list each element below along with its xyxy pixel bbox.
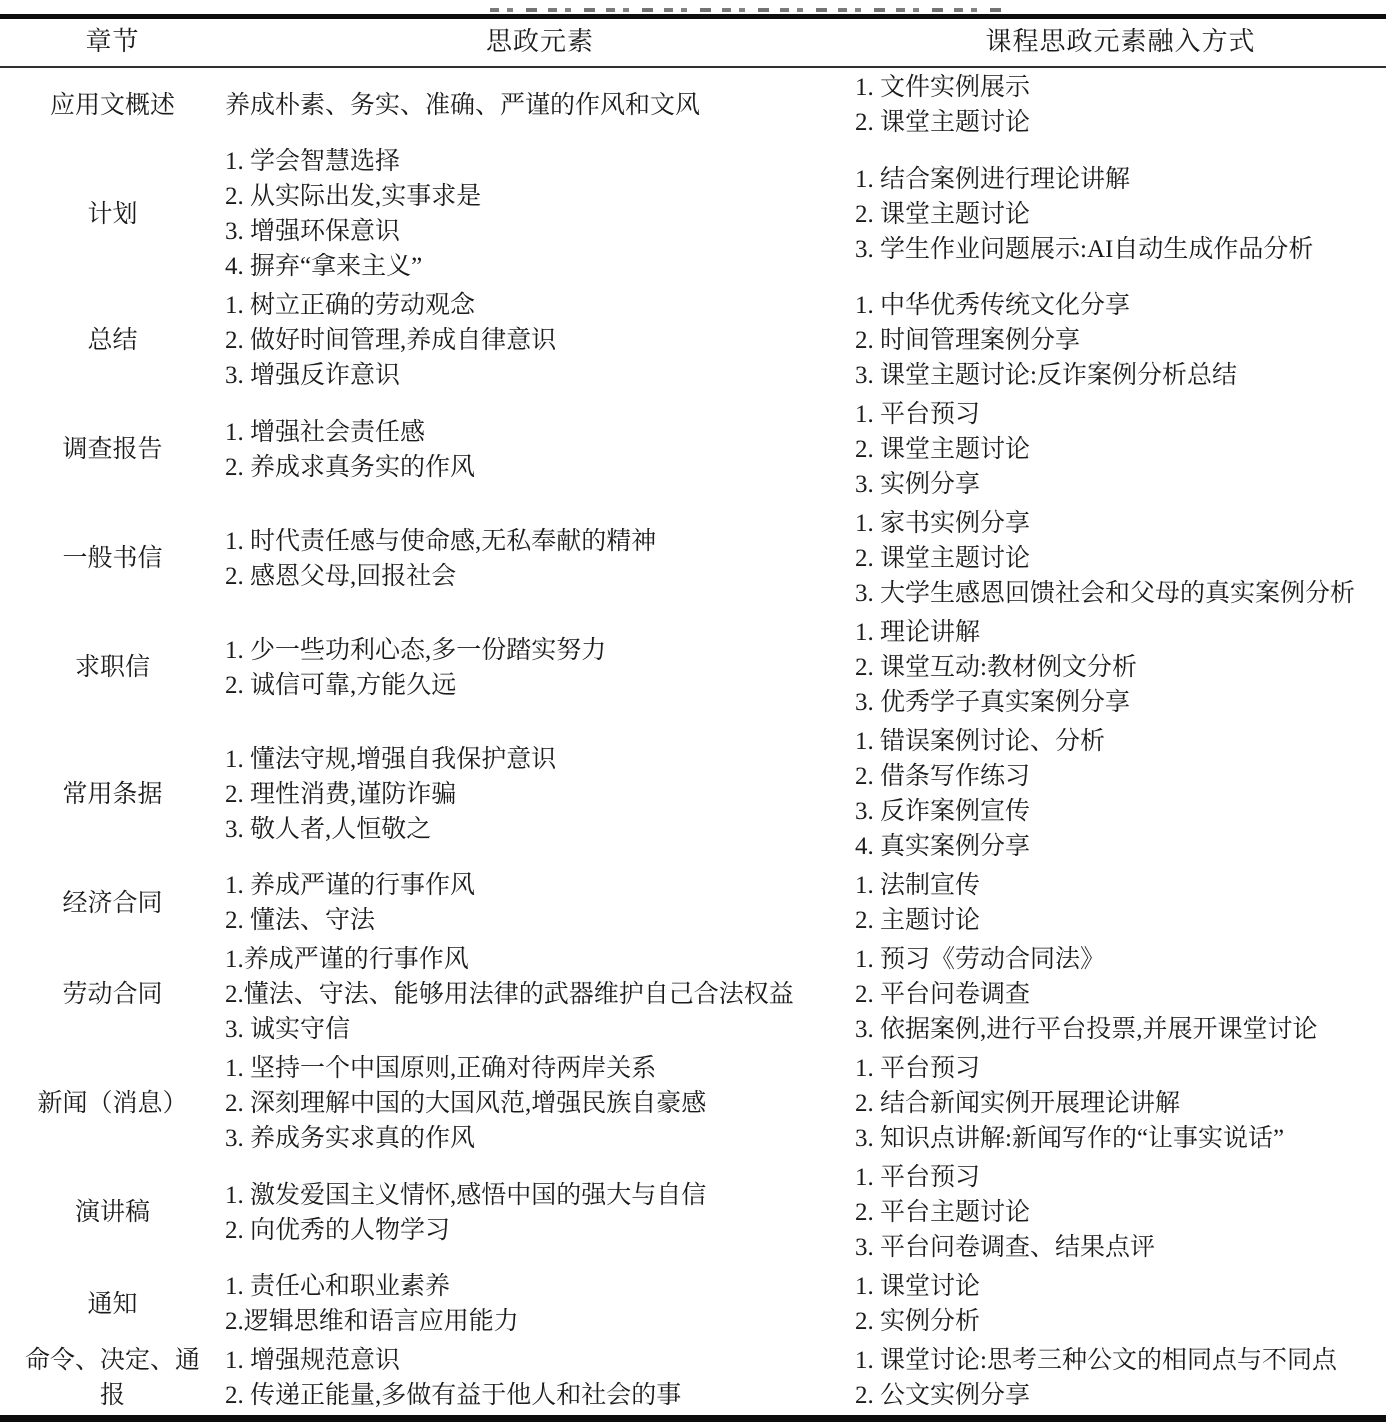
methods-list: 1. 文件实例展示2. 课堂主题讨论: [855, 70, 1386, 140]
elements-cell: 1. 激发爱国主义情怀,感悟中国的强大与自信2. 向优秀的人物学习: [225, 1178, 855, 1248]
elements-cell: 1. 责任心和职业素养2.逻辑思维和语言应用能力: [225, 1269, 855, 1339]
chapter-cell: 新闻（消息）: [0, 1086, 225, 1121]
methods-cell: 1. 法制宣传2. 主题讨论: [855, 868, 1386, 938]
chapter-label: 求职信: [75, 650, 150, 685]
methods-cell: 1. 平台预习2. 结合新闻实例开展理论讲解3. 知识点讲解:新闻写作的“让事实…: [855, 1051, 1386, 1156]
elements-list: 1. 坚持一个中国原则,正确对待两岸关系2. 深刻理解中国的大国风范,增强民族自…: [225, 1051, 855, 1156]
list-item: 1. 预习《劳动合同法》: [855, 942, 1386, 977]
chapter-label: 演讲稿: [75, 1195, 150, 1230]
elements-cell: 1. 树立正确的劳动观念2. 做好时间管理,养成自律意识3. 增强反诈意识: [225, 288, 855, 393]
list-item: 2. 借条写作练习: [855, 759, 1386, 794]
methods-cell: 1. 结合案例进行理论讲解2. 课堂主题讨论3. 学生作业问题展示:AI自动生成…: [855, 162, 1386, 267]
methods-list: 1. 错误案例讨论、分析2. 借条写作练习3. 反诈案例宣传4. 真实案例分享: [855, 724, 1386, 864]
list-item: 1.养成严谨的行事作风: [225, 942, 855, 977]
list-item: 4. 真实案例分享: [855, 829, 1386, 864]
list-item: 2. 做好时间管理,养成自律意识: [225, 323, 855, 358]
list-item: 2. 从实际出发,实事求是: [225, 179, 855, 214]
elements-cell: 养成朴素、务实、准确、严谨的作风和文风: [225, 88, 855, 123]
list-item: 1. 懂法守规,增强自我保护意识: [225, 742, 855, 777]
list-item: 3. 实例分享: [855, 467, 1386, 502]
chapter-cell: 劳动合同: [0, 977, 225, 1012]
elements-list: 1. 激发爱国主义情怀,感悟中国的强大与自信2. 向优秀的人物学习: [225, 1178, 855, 1248]
cropped-caption-strokes: [490, 8, 1010, 12]
list-item: 2.逻辑思维和语言应用能力: [225, 1304, 855, 1339]
list-item: 2. 理性消费,谨防诈骗: [225, 777, 855, 812]
header-elements: 思政元素: [225, 27, 855, 57]
elements-cell: 1. 坚持一个中国原则,正确对待两岸关系2. 深刻理解中国的大国风范,增强民族自…: [225, 1051, 855, 1156]
table-row: 通知 1. 责任心和职业素养2.逻辑思维和语言应用能力 1. 课堂讨论2. 实例…: [0, 1267, 1386, 1341]
elements-cell: 1. 增强规范意识2. 传递正能量,多做有益于他人和社会的事: [225, 1343, 855, 1413]
header-methods: 课程思政元素融入方式: [855, 27, 1386, 57]
methods-list: 1. 结合案例进行理论讲解2. 课堂主题讨论3. 学生作业问题展示:AI自动生成…: [855, 162, 1386, 267]
table-row: 计划 1. 学会智慧选择2. 从实际出发,实事求是3. 增强环保意识4. 摒弃“…: [0, 142, 1386, 286]
list-item: 3. 敬人者,人恒敬之: [225, 812, 855, 847]
list-item: 1. 增强社会责任感: [225, 415, 855, 450]
list-item: 1. 时代责任感与使命感,无私奉献的精神: [225, 524, 855, 559]
table-row: 调查报告 1. 增强社会责任感2. 养成求真务实的作风 1. 平台预习2. 课堂…: [0, 395, 1386, 504]
list-item: 1. 平台预习: [855, 1051, 1386, 1086]
list-item: 2. 感恩父母,回报社会: [225, 559, 855, 594]
list-item: 2. 实例分析: [855, 1304, 1386, 1339]
chapter-label: 新闻（消息）: [37, 1086, 187, 1121]
chapter-cell: 计划: [0, 197, 225, 232]
chapter-cell: 求职信: [0, 650, 225, 685]
elements-list: 1. 时代责任感与使命感,无私奉献的精神2. 感恩父母,回报社会: [225, 524, 855, 594]
list-item: 1. 家书实例分享: [855, 506, 1386, 541]
list-item: 3. 知识点讲解:新闻写作的“让事实说话”: [855, 1121, 1386, 1156]
table-row: 一般书信 1. 时代责任感与使命感,无私奉献的精神2. 感恩父母,回报社会 1.…: [0, 504, 1386, 613]
list-item: 3. 平台问卷调查、结果点评: [855, 1230, 1386, 1265]
methods-list: 1. 平台预习2. 平台主题讨论3. 平台问卷调查、结果点评: [855, 1160, 1386, 1265]
elements-list: 1. 树立正确的劳动观念2. 做好时间管理,养成自律意识3. 增强反诈意识: [225, 288, 855, 393]
chapter-cell: 演讲稿: [0, 1195, 225, 1230]
methods-list: 1. 预习《劳动合同法》2. 平台问卷调查3. 依据案例,进行平台投票,并展开课…: [855, 942, 1386, 1047]
methods-cell: 1. 文件实例展示2. 课堂主题讨论: [855, 70, 1386, 140]
chapter-label: 计划: [87, 197, 137, 232]
list-item: 2. 课堂主题讨论: [855, 432, 1386, 467]
table-row: 总结 1. 树立正确的劳动观念2. 做好时间管理,养成自律意识3. 增强反诈意识…: [0, 286, 1386, 395]
list-item: 1. 养成严谨的行事作风: [225, 868, 855, 903]
list-item: 3. 优秀学子真实案例分享: [855, 685, 1386, 720]
list-item: 1. 树立正确的劳动观念: [225, 288, 855, 323]
elements-list: 1. 懂法守规,增强自我保护意识2. 理性消费,谨防诈骗3. 敬人者,人恒敬之: [225, 742, 855, 847]
table-row: 劳动合同 1.养成严谨的行事作风2.懂法、守法、能够用法律的武器维护自己合法权益…: [0, 940, 1386, 1049]
list-item: 3. 增强环保意识: [225, 214, 855, 249]
methods-list: 1. 课堂讨论2. 实例分析: [855, 1269, 1386, 1339]
methods-cell: 1. 平台预习2. 平台主题讨论3. 平台问卷调查、结果点评: [855, 1160, 1386, 1265]
methods-list: 1. 家书实例分享2. 课堂主题讨论3. 大学生感恩回馈社会和父母的真实案例分析: [855, 506, 1386, 611]
elements-cell: 1. 少一些功利心态,多一份踏实努力2. 诚信可靠,方能久远: [225, 633, 855, 703]
list-item: 3. 养成务实求真的作风: [225, 1121, 855, 1156]
list-item: 3. 诚实守信: [225, 1012, 855, 1047]
list-item: 2. 深刻理解中国的大国风范,增强民族自豪感: [225, 1086, 855, 1121]
elements-cell: 1. 增强社会责任感2. 养成求真务实的作风: [225, 415, 855, 485]
methods-cell: 1. 中华优秀传统文化分享2. 时间管理案例分享3. 课堂主题讨论:反诈案例分析…: [855, 288, 1386, 393]
list-item: 1. 结合案例进行理论讲解: [855, 162, 1386, 197]
elements-cell: 1. 学会智慧选择2. 从实际出发,实事求是3. 增强环保意识4. 摒弃“拿来主…: [225, 144, 855, 284]
methods-list: 1. 中华优秀传统文化分享2. 时间管理案例分享3. 课堂主题讨论:反诈案例分析…: [855, 288, 1386, 393]
page: 章节 思政元素 课程思政元素融入方式 应用文概述 养成朴素、务实、准确、严谨的作…: [0, 0, 1386, 1422]
elements-cell: 1. 时代责任感与使命感,无私奉献的精神2. 感恩父母,回报社会: [225, 524, 855, 594]
elements-list: 1.养成严谨的行事作风2.懂法、守法、能够用法律的武器维护自己合法权益3. 诚实…: [225, 942, 855, 1047]
chapter-cell: 常用条据: [0, 777, 225, 812]
list-item: 2. 公文实例分享: [855, 1378, 1386, 1413]
chapter-label: 常用条据: [62, 777, 162, 812]
elements-cell: 1. 养成严谨的行事作风2. 懂法、守法: [225, 868, 855, 938]
list-item: 3. 反诈案例宣传: [855, 794, 1386, 829]
list-item: 4. 摒弃“拿来主义”: [225, 249, 855, 284]
methods-list: 1. 法制宣传2. 主题讨论: [855, 868, 1386, 938]
table-header: 章节 思政元素 课程思政元素融入方式: [0, 19, 1386, 68]
list-item: 1. 平台预习: [855, 1160, 1386, 1195]
table-row: 演讲稿 1. 激发爱国主义情怀,感悟中国的强大与自信2. 向优秀的人物学习 1.…: [0, 1158, 1386, 1267]
header-chapter: 章节: [0, 27, 225, 57]
chapter-label: 应用文概述: [50, 88, 175, 123]
list-item: 1. 学会智慧选择: [225, 144, 855, 179]
chapter-label: 通知: [87, 1287, 137, 1322]
chapter-cell: 调查报告: [0, 432, 225, 467]
list-item: 2. 平台主题讨论: [855, 1195, 1386, 1230]
list-item: 1. 增强规范意识: [225, 1343, 855, 1378]
list-item: 1. 中华优秀传统文化分享: [855, 288, 1386, 323]
list-item: 1. 责任心和职业素养: [225, 1269, 855, 1304]
elements-list: 1. 学会智慧选择2. 从实际出发,实事求是3. 增强环保意识4. 摒弃“拿来主…: [225, 144, 855, 284]
list-item: 1. 错误案例讨论、分析: [855, 724, 1386, 759]
list-item: 2. 向优秀的人物学习: [225, 1213, 855, 1248]
table-row: 常用条据 1. 懂法守规,增强自我保护意识2. 理性消费,谨防诈骗3. 敬人者,…: [0, 722, 1386, 866]
list-item: 2. 时间管理案例分享: [855, 323, 1386, 358]
elements-list: 1. 养成严谨的行事作风2. 懂法、守法: [225, 868, 855, 938]
chapter-cell: 经济合同: [0, 886, 225, 921]
elements-cell: 1. 懂法守规,增强自我保护意识2. 理性消费,谨防诈骗3. 敬人者,人恒敬之: [225, 742, 855, 847]
list-item: 1. 文件实例展示: [855, 70, 1386, 105]
table-row: 命令、决定、通报 1. 增强规范意识2. 传递正能量,多做有益于他人和社会的事 …: [0, 1341, 1386, 1415]
list-item: 2. 平台问卷调查: [855, 977, 1386, 1012]
list-item: 2. 课堂主题讨论: [855, 105, 1386, 140]
list-item: 2. 课堂互动:教材例文分析: [855, 650, 1386, 685]
list-item: 1. 平台预习: [855, 397, 1386, 432]
list-item: 1. 法制宣传: [855, 868, 1386, 903]
list-item: 1. 坚持一个中国原则,正确对待两岸关系: [225, 1051, 855, 1086]
list-item: 3. 学生作业问题展示:AI自动生成作品分析: [855, 232, 1386, 267]
chapter-label: 劳动合同: [62, 977, 162, 1012]
elements-list: 1. 责任心和职业素养2.逻辑思维和语言应用能力: [225, 1269, 855, 1339]
methods-cell: 1. 错误案例讨论、分析2. 借条写作练习3. 反诈案例宣传4. 真实案例分享: [855, 724, 1386, 864]
methods-cell: 1. 理论讲解2. 课堂互动:教材例文分析3. 优秀学子真实案例分享: [855, 615, 1386, 720]
methods-list: 1. 平台预习2. 结合新闻实例开展理论讲解3. 知识点讲解:新闻写作的“让事实…: [855, 1051, 1386, 1156]
chapter-cell: 通知: [0, 1287, 225, 1322]
table-row: 新闻（消息） 1. 坚持一个中国原则,正确对待两岸关系2. 深刻理解中国的大国风…: [0, 1049, 1386, 1158]
list-item: 3. 增强反诈意识: [225, 358, 855, 393]
methods-cell: 1. 课堂讨论:思考三种公文的相同点与不同点2. 公文实例分享: [855, 1343, 1386, 1413]
chapter-label: 命令、决定、通报: [20, 1343, 205, 1413]
methods-list: 1. 理论讲解2. 课堂互动:教材例文分析3. 优秀学子真实案例分享: [855, 615, 1386, 720]
table-row: 应用文概述 养成朴素、务实、准确、严谨的作风和文风 1. 文件实例展示2. 课堂…: [0, 68, 1386, 142]
list-item: 养成朴素、务实、准确、严谨的作风和文风: [225, 88, 855, 123]
list-item: 2. 诚信可靠,方能久远: [225, 668, 855, 703]
list-item: 1. 课堂讨论: [855, 1269, 1386, 1304]
table-body: 应用文概述 养成朴素、务实、准确、严谨的作风和文风 1. 文件实例展示2. 课堂…: [0, 68, 1386, 1415]
chapter-label: 经济合同: [62, 886, 162, 921]
list-item: 2. 懂法、守法: [225, 903, 855, 938]
elements-list: 1. 少一些功利心态,多一份踏实努力2. 诚信可靠,方能久远: [225, 633, 855, 703]
list-item: 3. 课堂主题讨论:反诈案例分析总结: [855, 358, 1386, 393]
methods-cell: 1. 家书实例分享2. 课堂主题讨论3. 大学生感恩回馈社会和父母的真实案例分析: [855, 506, 1386, 611]
chapter-cell: 命令、决定、通报: [0, 1343, 225, 1413]
chapter-label: 一般书信: [62, 541, 162, 576]
methods-cell: 1. 预习《劳动合同法》2. 平台问卷调查3. 依据案例,进行平台投票,并展开课…: [855, 942, 1386, 1047]
methods-list: 1. 课堂讨论:思考三种公文的相同点与不同点2. 公文实例分享: [855, 1343, 1386, 1413]
list-item: 1. 课堂讨论:思考三种公文的相同点与不同点: [855, 1343, 1386, 1378]
list-item: 3. 大学生感恩回馈社会和父母的真实案例分析: [855, 576, 1386, 611]
methods-cell: 1. 课堂讨论2. 实例分析: [855, 1269, 1386, 1339]
chapter-cell: 一般书信: [0, 541, 225, 576]
list-item: 2.懂法、守法、能够用法律的武器维护自己合法权益: [225, 977, 855, 1012]
list-item: 2. 课堂主题讨论: [855, 197, 1386, 232]
chapter-label: 调查报告: [62, 432, 162, 467]
list-item: 1. 少一些功利心态,多一份踏实努力: [225, 633, 855, 668]
list-item: 2. 结合新闻实例开展理论讲解: [855, 1086, 1386, 1121]
list-item: 2. 主题讨论: [855, 903, 1386, 938]
chapter-label: 总结: [87, 323, 137, 358]
course-ideology-table: 章节 思政元素 课程思政元素融入方式 应用文概述 养成朴素、务实、准确、严谨的作…: [0, 14, 1386, 1422]
cropped-table-caption: [0, 0, 1386, 14]
elements-list: 1. 增强社会责任感2. 养成求真务实的作风: [225, 415, 855, 485]
list-item: 2. 课堂主题讨论: [855, 541, 1386, 576]
chapter-cell: 总结: [0, 323, 225, 358]
elements-list: 养成朴素、务实、准确、严谨的作风和文风: [225, 88, 855, 123]
elements-cell: 1.养成严谨的行事作风2.懂法、守法、能够用法律的武器维护自己合法权益3. 诚实…: [225, 942, 855, 1047]
methods-cell: 1. 平台预习2. 课堂主题讨论3. 实例分享: [855, 397, 1386, 502]
list-item: 1. 激发爱国主义情怀,感悟中国的强大与自信: [225, 1178, 855, 1213]
table-row: 经济合同 1. 养成严谨的行事作风2. 懂法、守法 1. 法制宣传2. 主题讨论: [0, 866, 1386, 940]
list-item: 2. 养成求真务实的作风: [225, 450, 855, 485]
methods-list: 1. 平台预习2. 课堂主题讨论3. 实例分享: [855, 397, 1386, 502]
list-item: 2. 传递正能量,多做有益于他人和社会的事: [225, 1378, 855, 1413]
list-item: 3. 依据案例,进行平台投票,并展开课堂讨论: [855, 1012, 1386, 1047]
table-row: 求职信 1. 少一些功利心态,多一份踏实努力2. 诚信可靠,方能久远 1. 理论…: [0, 613, 1386, 722]
chapter-cell: 应用文概述: [0, 88, 225, 123]
elements-list: 1. 增强规范意识2. 传递正能量,多做有益于他人和社会的事: [225, 1343, 855, 1413]
list-item: 1. 理论讲解: [855, 615, 1386, 650]
